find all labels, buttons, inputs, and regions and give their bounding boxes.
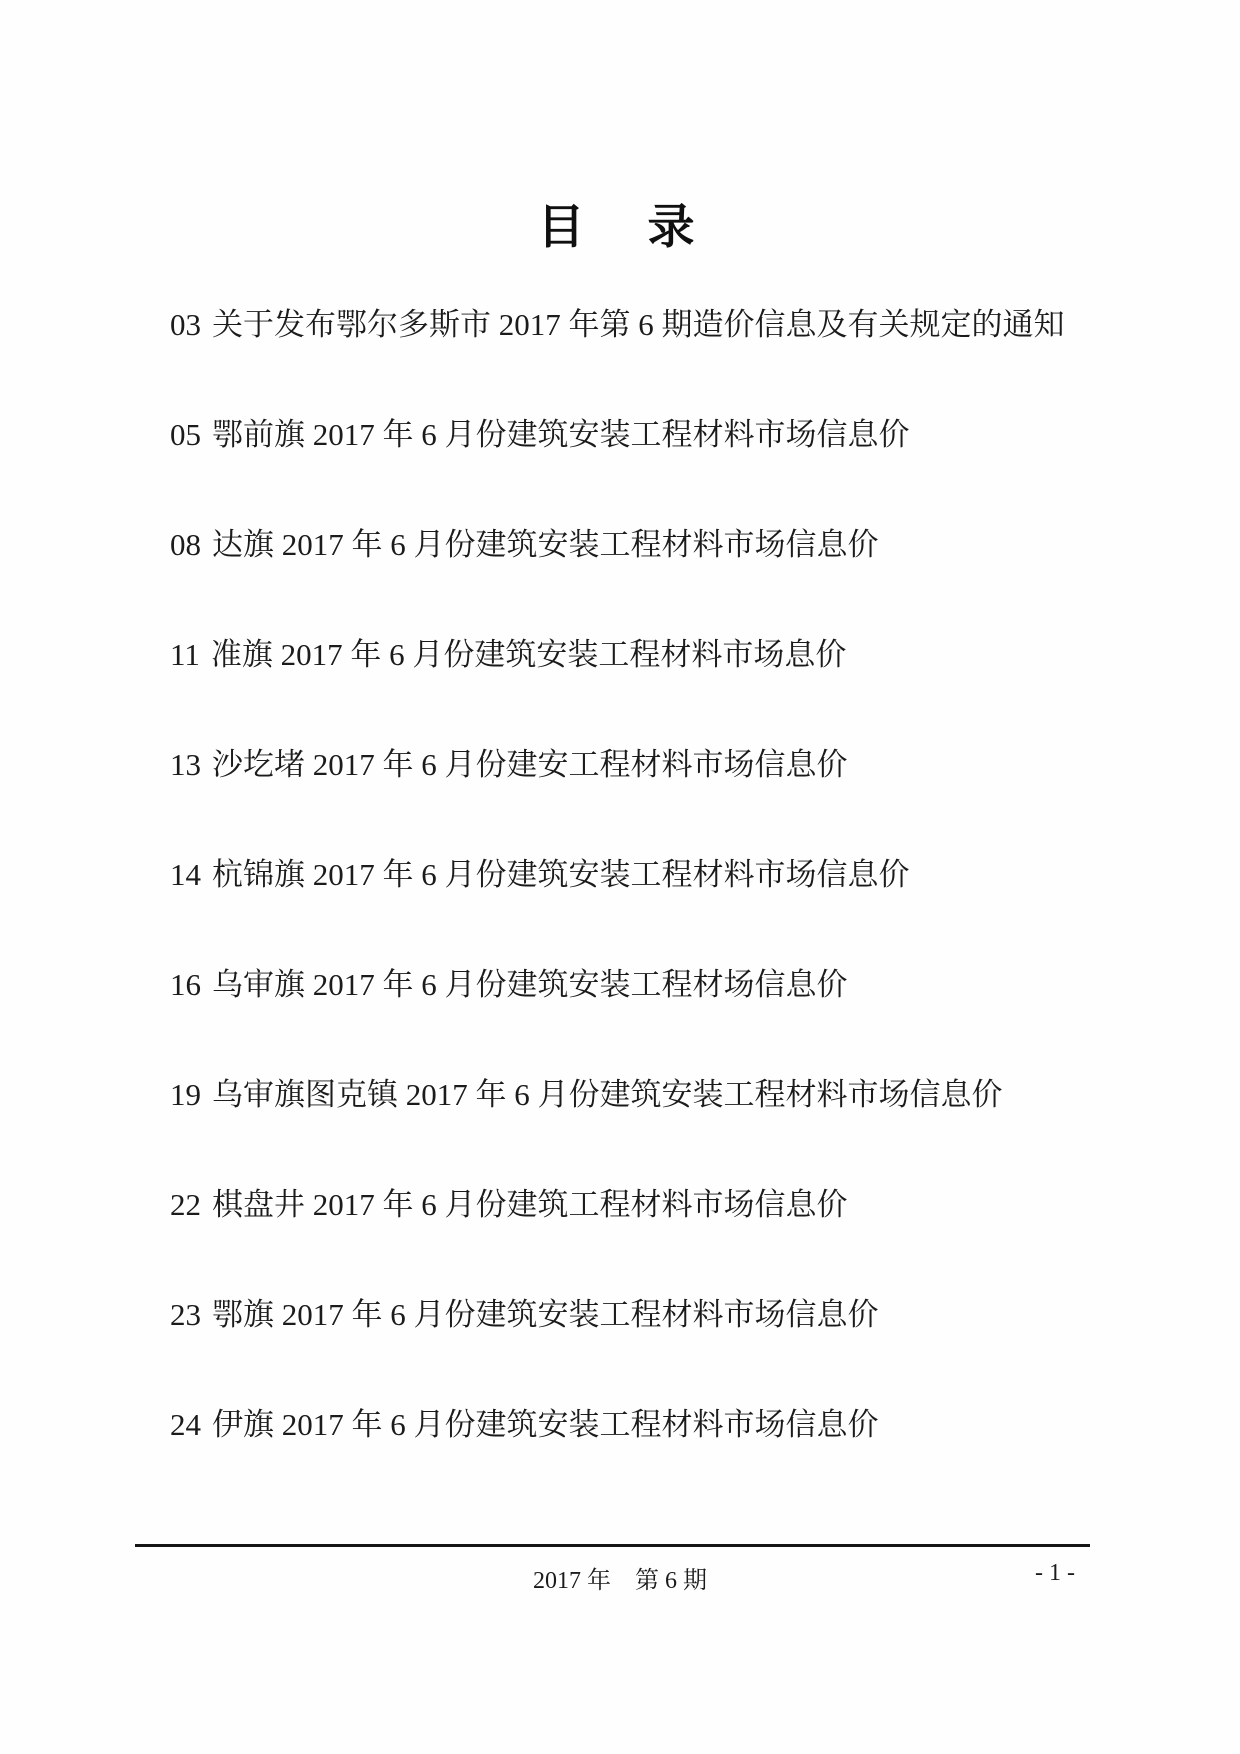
toc-entry: 16乌审旗 2017 年 6 月份建筑安装工程材场信息价: [170, 960, 1140, 1010]
toc-entry: 05鄂前旗 2017 年 6 月份建筑安装工程材料市场信息价: [170, 410, 1140, 460]
toc-entry: 13沙圪堵 2017 年 6 月份建安工程材料市场信息价: [170, 740, 1140, 790]
toc-list: 03关于发布鄂尔多斯市 2017 年第 6 期造价信息及有关规定的通知 05鄂前…: [170, 300, 1140, 1510]
toc-entry-title: 伊旗 2017 年 6 月份建筑安装工程材料市场信息价: [212, 1407, 879, 1442]
toc-entry-title: 达旗 2017 年 6 月份建筑安装工程材料市场信息价: [212, 527, 879, 562]
toc-entry-title: 准旗 2017 年 6 月份建筑安装工程材料市场息价: [211, 637, 847, 672]
toc-entry-page-number: 16: [170, 967, 201, 1002]
toc-entry: 11准旗 2017 年 6 月份建筑安装工程材料市场息价: [170, 630, 1140, 680]
toc-entry-title: 乌审旗图克镇 2017 年 6 月份建筑安装工程材料市场信息价: [212, 1077, 1003, 1112]
document-page: 目 录 03关于发布鄂尔多斯市 2017 年第 6 期造价信息及有关规定的通知 …: [0, 0, 1240, 1754]
toc-entry-title: 关于发布鄂尔多斯市 2017 年第 6 期造价信息及有关规定的通知: [212, 307, 1065, 342]
toc-entry: 23鄂旗 2017 年 6 月份建筑安装工程材料市场信息价: [170, 1290, 1140, 1340]
toc-entry-page-number: 23: [170, 1297, 201, 1332]
toc-entry-title: 鄂旗 2017 年 6 月份建筑安装工程材料市场信息价: [212, 1297, 879, 1332]
toc-entry-page-number: 22: [170, 1187, 201, 1222]
page-title: 目 录: [0, 190, 1240, 257]
toc-entry-title: 杭锦旗 2017 年 6 月份建筑安装工程材料市场信息价: [212, 857, 910, 892]
footer-divider: [135, 1544, 1090, 1547]
toc-entry-title: 棋盘井 2017 年 6 月份建筑工程材料市场信息价: [212, 1187, 848, 1222]
toc-entry: 22棋盘井 2017 年 6 月份建筑工程材料市场信息价: [170, 1180, 1140, 1230]
toc-entry-page-number: 05: [170, 417, 201, 452]
toc-entry-page-number: 03: [170, 307, 201, 342]
toc-entry: 24伊旗 2017 年 6 月份建筑安装工程材料市场信息价: [170, 1400, 1140, 1450]
toc-entry-page-number: 08: [170, 527, 201, 562]
toc-entry-title: 鄂前旗 2017 年 6 月份建筑安装工程材料市场信息价: [212, 417, 910, 452]
toc-entry: 19乌审旗图克镇 2017 年 6 月份建筑安装工程材料市场信息价: [170, 1070, 1140, 1120]
toc-entry-page-number: 19: [170, 1077, 201, 1112]
toc-entry-title: 乌审旗 2017 年 6 月份建筑安装工程材场信息价: [212, 967, 848, 1002]
toc-entry: 03关于发布鄂尔多斯市 2017 年第 6 期造价信息及有关规定的通知: [170, 300, 1140, 350]
footer-page-number: - 1 -: [1035, 1560, 1075, 1587]
toc-entry-page-number: 24: [170, 1407, 201, 1442]
toc-entry-page-number: 13: [170, 747, 201, 782]
toc-entry: 08达旗 2017 年 6 月份建筑安装工程材料市场信息价: [170, 520, 1140, 570]
toc-entry-page-number: 14: [170, 857, 201, 892]
toc-entry-page-number: 11: [170, 637, 200, 672]
toc-entry-title: 沙圪堵 2017 年 6 月份建安工程材料市场信息价: [212, 747, 848, 782]
toc-entry: 14杭锦旗 2017 年 6 月份建筑安装工程材料市场信息价: [170, 850, 1140, 900]
